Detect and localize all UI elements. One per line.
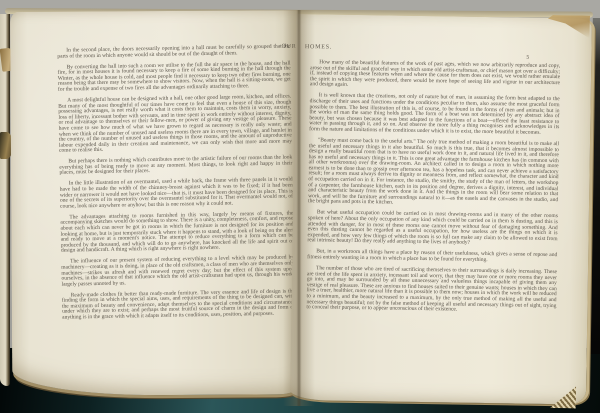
paragraph: A most delightful house can be designed … (58, 94, 292, 154)
paragraph: The number of those who are tired of sac… (306, 266, 557, 315)
running-head: OUR HOMES. (281, 44, 332, 51)
paragraph: But, in a workroom all things have a pla… (307, 250, 557, 265)
page-number: 5 (526, 55, 529, 61)
paragraph: "Beauty must come back to the useful art… (308, 138, 559, 209)
page-corner-stain (548, 15, 590, 42)
paragraph: By converting the hall into such a room … (58, 61, 291, 93)
left-page-text: In the second place, the doors necessari… (57, 44, 295, 326)
right-page: OUR HOMES. 5 How many of the beautiful f… (290, 14, 592, 405)
paragraph: But what useful occupation could be carr… (307, 211, 557, 248)
paragraph: But perhaps there is nothing which contr… (59, 156, 292, 177)
paragraph: It is well known that the creations, not… (309, 94, 560, 137)
paragraph: The advantages attaching to rooms furnis… (60, 211, 294, 254)
photo-of-open-book: { "scene": { "description": "Photograph … (0, 0, 600, 413)
paragraph: How many of the beautiful features of th… (310, 60, 560, 92)
open-book: In the second place, the doors necessari… (0, 8, 600, 410)
paragraph: Ready-made clothes fit better than ready… (62, 289, 295, 321)
paragraph: The influence of our present system of r… (61, 256, 294, 288)
paragraph: In the second place, the doors necessari… (57, 44, 290, 59)
left-page: In the second place, the doors necessari… (10, 10, 300, 396)
right-page-text: How many of the beautiful features of th… (306, 60, 560, 320)
dog-eared-corner (548, 384, 576, 408)
paragraph: In the little illustration of an overman… (60, 178, 293, 210)
